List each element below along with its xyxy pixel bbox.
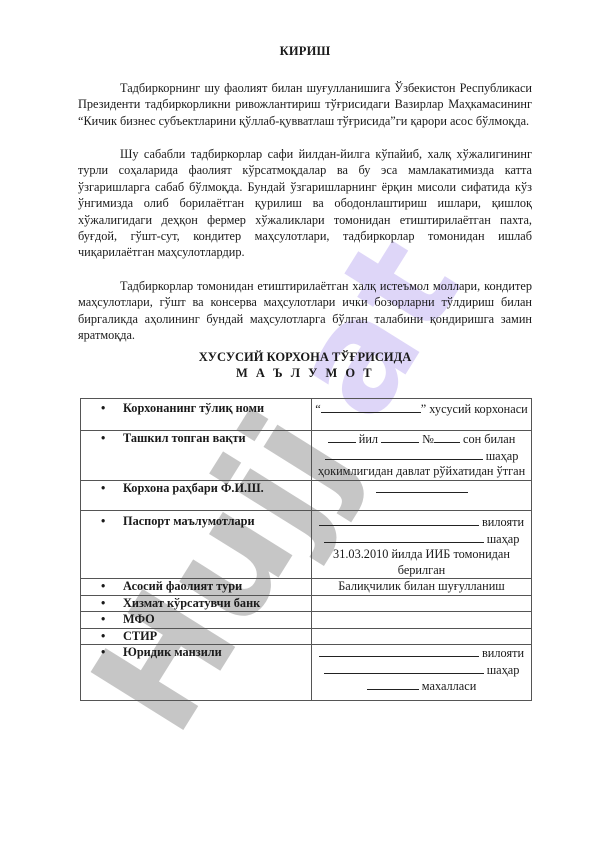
bullet-icon: • <box>101 431 123 447</box>
blank-field[interactable] <box>319 645 479 657</box>
row-value <box>312 612 532 629</box>
bullet-icon: • <box>101 612 123 628</box>
blank-field[interactable] <box>367 678 419 690</box>
row-label: •Юридик манзили <box>81 645 312 701</box>
bullet-icon: • <box>101 596 123 612</box>
blank-field[interactable] <box>319 514 479 526</box>
row-value <box>312 628 532 645</box>
bullet-icon: • <box>101 629 123 645</box>
blank-field[interactable] <box>321 401 421 413</box>
enterprise-info-table: •Корхонанинг тўлиқ номи “” хусусий корхо… <box>80 398 532 701</box>
intro-paragraph-3: Тадбиркорлар томонидан етиштирилаётган х… <box>78 278 532 344</box>
row-value <box>312 595 532 612</box>
row-value: йил № сон билан шаҳар ҳокимлигидан давла… <box>312 431 532 481</box>
blank-field[interactable] <box>434 431 460 443</box>
table-row: •Юридик манзили вилояти шаҳар махалласи <box>81 645 532 701</box>
row-label: •Ташкил топган вақти <box>81 431 312 481</box>
table-row: •Асосий фаолият тури Балиқчилик билан шу… <box>81 579 532 596</box>
page-title: КИРИШ <box>78 44 532 59</box>
row-label: •Корхонанинг тўлиқ номи <box>81 399 312 431</box>
bullet-icon: • <box>101 401 123 417</box>
blank-field[interactable] <box>376 481 468 493</box>
bullet-icon: • <box>101 645 123 661</box>
bullet-icon: • <box>101 481 123 497</box>
section-heading: ХУСУСИЙ КОРХОНА ТЎҒРИСИДА М А Ъ Л У М О … <box>78 350 532 381</box>
row-value: “” хусусий корхонаси <box>312 399 532 431</box>
row-label: •Паспорт маълумотлари <box>81 511 312 579</box>
row-label: •Асосий фаолият тури <box>81 579 312 596</box>
table-row: •Корхона раҳбари Ф.И.Ш. <box>81 481 532 511</box>
intro-paragraph-2: Шу сабабли тадбиркорлар сафи йилдан-йилг… <box>78 146 532 261</box>
section-title: ХУСУСИЙ КОРХОНА ТЎҒРИСИДА <box>78 350 532 366</box>
row-value: вилояти шаҳар 31.03.2010 йилда ИИБ томон… <box>312 511 532 579</box>
table-row: •Хизмат кўрсатувчи банк <box>81 595 532 612</box>
row-value <box>312 481 532 511</box>
intro-paragraph-1: Тадбиркорнинг шу фаолият билан шуғуллани… <box>78 80 532 129</box>
row-label: •Корхона раҳбари Ф.И.Ш. <box>81 481 312 511</box>
row-value: вилояти шаҳар махалласи <box>312 645 532 701</box>
table-row: •Ташкил топган вақти йил № сон билан шаҳ… <box>81 431 532 481</box>
row-label: •Хизмат кўрсатувчи банк <box>81 595 312 612</box>
blank-field[interactable] <box>324 531 484 543</box>
row-value: Балиқчилик билан шуғулланиш <box>312 579 532 596</box>
blank-field[interactable] <box>381 431 419 443</box>
blank-field[interactable] <box>324 662 484 674</box>
section-subtitle: М А Ъ Л У М О Т <box>78 366 532 382</box>
row-label: •МФО <box>81 612 312 629</box>
bullet-icon: • <box>101 514 123 530</box>
table-row: •Корхонанинг тўлиқ номи “” хусусий корхо… <box>81 399 532 431</box>
blank-field[interactable] <box>328 431 356 443</box>
table-row: •СТИР <box>81 628 532 645</box>
table-row: •МФО <box>81 612 532 629</box>
row-label: •СТИР <box>81 628 312 645</box>
bullet-icon: • <box>101 579 123 595</box>
table-row: •Паспорт маълумотлари вилояти шаҳар 31.0… <box>81 511 532 579</box>
blank-field[interactable] <box>325 448 483 460</box>
